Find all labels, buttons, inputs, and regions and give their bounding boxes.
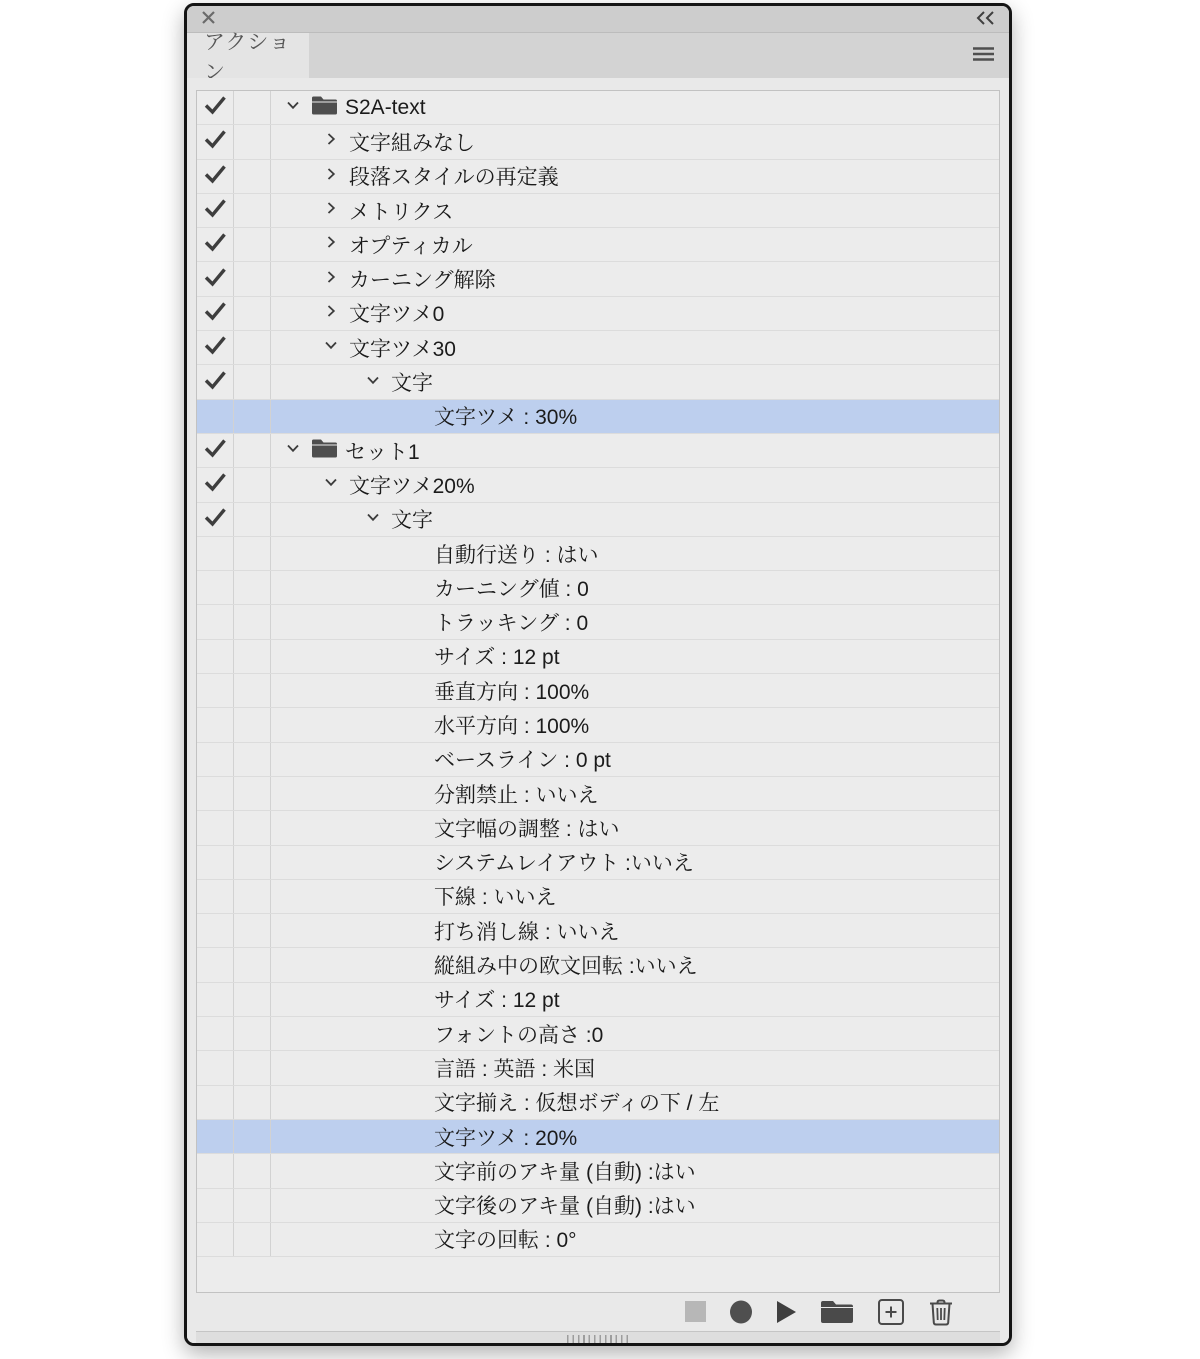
check-icon (203, 507, 227, 532)
toggle-item-check[interactable] (197, 434, 234, 467)
action-row-content: セット1 (271, 434, 999, 467)
action-item-label: 文字前のアキ量 (自動) :はい (434, 1156, 696, 1186)
chevron-right-icon[interactable] (321, 198, 341, 223)
action-row-content: 打ち消し線 : いいえ (271, 914, 999, 947)
action-item-label: 文字 (391, 504, 433, 534)
action-row[interactable]: 文字ツメ : 20% (197, 1120, 999, 1154)
check-icon (203, 267, 227, 292)
dialog-toggle-cell[interactable] (234, 1189, 271, 1222)
action-item-label: 水平方向 : 100% (434, 710, 589, 740)
action-item-label: サイズ : 12 pt (434, 984, 560, 1014)
check-icon (203, 95, 227, 120)
action-item-label: 分割禁止 : いいえ (434, 779, 599, 809)
new-action-icon (877, 1298, 905, 1329)
chevron-down-icon[interactable] (363, 370, 383, 395)
toggle-item-check[interactable] (197, 846, 234, 879)
stop-button[interactable] (685, 1301, 706, 1325)
dialog-toggle-cell[interactable] (234, 503, 271, 536)
action-row[interactable]: 文字 (197, 503, 999, 537)
toggle-item-check[interactable] (197, 1223, 234, 1256)
dialog-toggle-cell[interactable] (234, 194, 271, 227)
dialog-toggle-cell[interactable] (234, 365, 271, 398)
action-row-content: 文字後のアキ量 (自動) :はい (271, 1189, 999, 1222)
chevron-down-icon[interactable] (321, 472, 341, 497)
action-row[interactable]: 文字ツメ20% (197, 468, 999, 502)
play-icon (776, 1300, 797, 1327)
check-icon (203, 438, 227, 463)
toggle-item-check[interactable] (197, 1086, 234, 1119)
action-item-label: 縦組み中の欧文回転 :いいえ (434, 950, 698, 980)
chevron-right-icon[interactable] (321, 267, 341, 292)
dialog-toggle-cell[interactable] (234, 983, 271, 1016)
folder-icon (311, 438, 338, 464)
action-item-label: 下線 : いいえ (434, 881, 557, 911)
toggle-item-check[interactable] (197, 571, 234, 604)
dialog-toggle-cell[interactable] (234, 605, 271, 638)
action-item-label: 打ち消し線 : いいえ (434, 916, 620, 946)
action-item-label: 段落スタイルの再定義 (349, 161, 559, 191)
action-row-content: 文字 (271, 503, 999, 536)
action-list: S2A-text 文字組みなし 段落スタイルの再定義 メトリクス オプティカル … (196, 90, 1000, 1293)
dialog-toggle-cell[interactable] (234, 228, 271, 261)
action-item-label: ベースライン : 0 pt (434, 744, 611, 774)
action-item-label: 文字後のアキ量 (自動) :はい (434, 1190, 696, 1220)
action-item-label: 文字の回転 : 0° (434, 1224, 577, 1254)
action-item-label: 文字ツメ0 (349, 298, 444, 328)
toggle-item-check[interactable] (197, 194, 234, 227)
action-row[interactable]: カーニング値 : 0 (197, 571, 999, 605)
dialog-toggle-cell[interactable] (234, 91, 271, 124)
action-row[interactable]: 打ち消し線 : いいえ (197, 914, 999, 948)
toggle-item-check[interactable] (197, 1051, 234, 1084)
check-icon (203, 129, 227, 154)
actions-panel: アクション S2A-text 文字組みなし 段落スタイルの再定義 メトリクス (184, 3, 1012, 1346)
dialog-toggle-cell[interactable] (234, 331, 271, 364)
chevron-right-icon[interactable] (321, 164, 341, 189)
toggle-item-check[interactable] (197, 1189, 234, 1222)
action-row[interactable]: サイズ : 12 pt (197, 640, 999, 674)
check-icon (203, 164, 227, 189)
action-row[interactable]: 分割禁止 : いいえ (197, 777, 999, 811)
tab-actions[interactable]: アクション (187, 33, 309, 78)
dialog-toggle-cell[interactable] (234, 640, 271, 673)
dialog-toggle-cell[interactable] (234, 537, 271, 570)
action-row[interactable]: セット1 (197, 434, 999, 468)
action-item-label: 文字幅の調整 : はい (434, 813, 620, 843)
toggle-item-check[interactable] (197, 537, 234, 570)
panel-toolbar (196, 1295, 1000, 1331)
chevron-down-icon[interactable] (283, 95, 303, 120)
toggle-item-check[interactable] (197, 983, 234, 1016)
dialog-toggle-cell[interactable] (234, 914, 271, 947)
toggle-item-check[interactable] (197, 503, 234, 536)
dialog-toggle-cell[interactable] (234, 1120, 271, 1153)
dialog-toggle-cell[interactable] (234, 1223, 271, 1256)
toggle-item-check[interactable] (197, 125, 234, 158)
dialog-toggle-cell[interactable] (234, 468, 271, 501)
action-item-label: トラッキング : 0 (434, 607, 588, 637)
record-button[interactable] (729, 1300, 753, 1327)
dialog-toggle-cell[interactable] (234, 1154, 271, 1187)
toggle-item-check[interactable] (197, 914, 234, 947)
dialog-toggle-cell[interactable] (234, 846, 271, 879)
action-item-label: 文字組みなし (349, 127, 475, 157)
check-icon (203, 472, 227, 497)
action-item-label: 自動行送り : はい (434, 539, 599, 569)
action-row-content: 文字ツメ20% (271, 468, 999, 501)
chevron-down-icon[interactable] (363, 507, 383, 532)
action-item-label: オプティカル (349, 230, 473, 260)
toggle-item-check[interactable] (197, 811, 234, 844)
panel-tabstrip: アクション (187, 33, 1009, 78)
action-row[interactable]: メトリクス (197, 194, 999, 228)
action-item-label: 文字ツメ30 (349, 333, 456, 363)
action-row[interactable]: 文字ツメ0 (197, 297, 999, 331)
dialog-toggle-cell[interactable] (234, 1051, 271, 1084)
action-row[interactable]: 垂直方向 : 100% (197, 674, 999, 708)
dialog-toggle-cell[interactable] (234, 708, 271, 741)
toggle-item-check[interactable] (197, 468, 234, 501)
action-row-content: 文字ツメ : 20% (271, 1120, 999, 1153)
action-row-content: 文字ツメ : 30% (271, 400, 999, 433)
action-row[interactable]: 縦組み中の欧文回転 :いいえ (197, 948, 999, 982)
action-row[interactable]: 自動行送り : はい (197, 537, 999, 571)
dialog-toggle-cell[interactable] (234, 262, 271, 295)
action-item-label: 言語 : 英語 : 米国 (434, 1053, 595, 1083)
action-row[interactable]: 文字の回転 : 0° (197, 1223, 999, 1257)
dialog-toggle-cell[interactable] (234, 400, 271, 433)
chevron-right-icon[interactable] (321, 301, 341, 326)
toggle-item-check[interactable] (197, 1154, 234, 1187)
toggle-item-check[interactable] (197, 297, 234, 330)
action-row-content: 分割禁止 : いいえ (271, 777, 999, 810)
panel-bottom-strip (196, 1331, 1000, 1345)
action-item-label: メトリクス (349, 196, 453, 226)
action-row-content: トラッキング : 0 (271, 605, 999, 638)
action-row[interactable]: サイズ : 12 pt (197, 983, 999, 1017)
action-row[interactable]: 段落スタイルの再定義 (197, 160, 999, 194)
action-item-label: 垂直方向 : 100% (434, 676, 589, 706)
toggle-item-check[interactable] (197, 708, 234, 741)
action-row[interactable]: トラッキング : 0 (197, 605, 999, 639)
action-row[interactable]: 言語 : 英語 : 米国 (197, 1051, 999, 1085)
toggle-item-check[interactable] (197, 365, 234, 398)
toggle-item-check[interactable] (197, 262, 234, 295)
action-item-label: セット1 (345, 436, 420, 466)
dialog-toggle-cell[interactable] (234, 674, 271, 707)
action-row-content: S2A-text (271, 91, 999, 124)
action-row-content: 水平方向 : 100% (271, 708, 999, 741)
action-row[interactable]: 文字揃え : 仮想ボディの下 / 左 (197, 1086, 999, 1120)
dialog-toggle-cell[interactable] (234, 297, 271, 330)
action-row-content: メトリクス (271, 194, 999, 227)
action-row-content: 文字揃え : 仮想ボディの下 / 左 (271, 1086, 999, 1119)
action-row-content: 文字ツメ30 (271, 331, 999, 364)
dialog-toggle-cell[interactable] (234, 811, 271, 844)
dialog-toggle-cell[interactable] (234, 880, 271, 913)
action-item-label: 文字 (391, 367, 433, 397)
check-icon (203, 335, 227, 360)
action-item-label: カーニング解除 (349, 264, 496, 294)
toggle-item-check[interactable] (197, 400, 234, 433)
dialog-toggle-cell[interactable] (234, 1017, 271, 1050)
new-set-button[interactable] (820, 1299, 854, 1327)
action-row-content: 縦組み中の欧文回転 :いいえ (271, 948, 999, 981)
toggle-item-check[interactable] (197, 674, 234, 707)
action-row-content: 文字 (271, 365, 999, 398)
double-chevron-left-icon (974, 10, 996, 29)
action-item-label: 文字ツメ : 20% (434, 1122, 577, 1152)
folder-icon (311, 95, 338, 121)
action-row[interactable]: 文字ツメ : 30% (197, 400, 999, 434)
dialog-toggle-cell[interactable] (234, 743, 271, 776)
action-row-content: 段落スタイルの再定義 (271, 160, 999, 193)
new-set-folder-icon (820, 1299, 854, 1327)
action-row[interactable]: 文字幅の調整 : はい (197, 811, 999, 845)
action-item-label: システムレイアウト :いいえ (434, 847, 694, 877)
chevron-right-icon[interactable] (321, 232, 341, 257)
action-row[interactable]: 文字ツメ30 (197, 331, 999, 365)
action-row-content: カーニング値 : 0 (271, 571, 999, 604)
dialog-toggle-cell[interactable] (234, 125, 271, 158)
record-icon (729, 1300, 753, 1327)
toggle-item-check[interactable] (197, 160, 234, 193)
action-row[interactable]: ベースライン : 0 pt (197, 743, 999, 777)
toggle-item-check[interactable] (197, 228, 234, 261)
check-icon (203, 232, 227, 257)
collapse-panel-button[interactable] (974, 10, 996, 29)
panel-menu-button[interactable] (957, 33, 1009, 78)
toggle-item-check[interactable] (197, 640, 234, 673)
toggle-item-check[interactable] (197, 1120, 234, 1153)
action-item-label: 文字ツメ20% (349, 470, 475, 500)
chevron-down-icon[interactable] (283, 438, 303, 463)
check-icon (203, 301, 227, 326)
check-icon (203, 370, 227, 395)
chevron-right-icon[interactable] (321, 129, 341, 154)
panel-body: S2A-text 文字組みなし 段落スタイルの再定義 メトリクス オプティカル … (187, 78, 1009, 1345)
action-item-label: 文字揃え : 仮想ボディの下 / 左 (434, 1087, 719, 1117)
action-item-label: フォントの高さ :0 (434, 1019, 603, 1049)
toggle-item-check[interactable] (197, 743, 234, 776)
toggle-item-check[interactable] (197, 91, 234, 124)
dialog-toggle-cell[interactable] (234, 948, 271, 981)
action-row-content: 垂直方向 : 100% (271, 674, 999, 707)
chevron-down-icon[interactable] (321, 335, 341, 360)
tab-actions-label: アクション (204, 26, 309, 86)
action-row-content: 自動行送り : はい (271, 537, 999, 570)
action-row[interactable]: 文字前のアキ量 (自動) :はい (197, 1154, 999, 1188)
action-row[interactable]: 水平方向 : 100% (197, 708, 999, 742)
toggle-item-check[interactable] (197, 605, 234, 638)
action-row[interactable]: S2A-text (197, 91, 999, 125)
toggle-item-check[interactable] (197, 880, 234, 913)
action-row-content: 文字の回転 : 0° (271, 1223, 999, 1256)
toggle-item-check[interactable] (197, 1017, 234, 1050)
dialog-toggle-cell[interactable] (234, 1086, 271, 1119)
action-row[interactable]: 文字組みなし (197, 125, 999, 159)
action-row-content: サイズ : 12 pt (271, 640, 999, 673)
action-row[interactable]: オプティカル (197, 228, 999, 262)
action-row[interactable]: カーニング解除 (197, 262, 999, 296)
new-action-button[interactable] (877, 1298, 905, 1329)
action-row[interactable]: 文字後のアキ量 (自動) :はい (197, 1189, 999, 1223)
check-icon (203, 198, 227, 223)
action-row-content: 下線 : いいえ (271, 880, 999, 913)
action-row-content: 文字ツメ0 (271, 297, 999, 330)
action-row-content: カーニング解除 (271, 262, 999, 295)
action-item-label: カーニング値 : 0 (434, 573, 589, 603)
action-item-label: サイズ : 12 pt (434, 641, 560, 671)
action-row-content: 文字幅の調整 : はい (271, 811, 999, 844)
action-row-content: システムレイアウト :いいえ (271, 846, 999, 879)
toggle-item-check[interactable] (197, 948, 234, 981)
action-row[interactable]: 下線 : いいえ (197, 880, 999, 914)
resize-grip[interactable] (567, 1335, 629, 1343)
action-row-content: 文字組みなし (271, 125, 999, 158)
action-row-content: サイズ : 12 pt (271, 983, 999, 1016)
hamburger-menu-icon (972, 46, 995, 65)
dialog-toggle-cell[interactable] (234, 434, 271, 467)
action-row-content: ベースライン : 0 pt (271, 743, 999, 776)
action-row-content: オプティカル (271, 228, 999, 261)
panel-titlebar (187, 6, 1009, 33)
dialog-toggle-cell[interactable] (234, 160, 271, 193)
action-item-label: S2A-text (345, 96, 426, 120)
action-row[interactable]: 文字 (197, 365, 999, 399)
toggle-item-check[interactable] (197, 777, 234, 810)
play-button[interactable] (776, 1300, 797, 1327)
action-row-content: 言語 : 英語 : 米国 (271, 1051, 999, 1084)
trash-icon (928, 1298, 954, 1329)
dialog-toggle-cell[interactable] (234, 571, 271, 604)
dialog-toggle-cell[interactable] (234, 777, 271, 810)
delete-button[interactable] (928, 1298, 954, 1329)
action-row-content: 文字前のアキ量 (自動) :はい (271, 1154, 999, 1187)
action-item-label: 文字ツメ : 30% (434, 401, 577, 431)
toggle-item-check[interactable] (197, 331, 234, 364)
action-row[interactable]: システムレイアウト :いいえ (197, 846, 999, 880)
action-row-content: フォントの高さ :0 (271, 1017, 999, 1050)
action-row[interactable]: フォントの高さ :0 (197, 1017, 999, 1051)
stop-icon (685, 1301, 706, 1325)
